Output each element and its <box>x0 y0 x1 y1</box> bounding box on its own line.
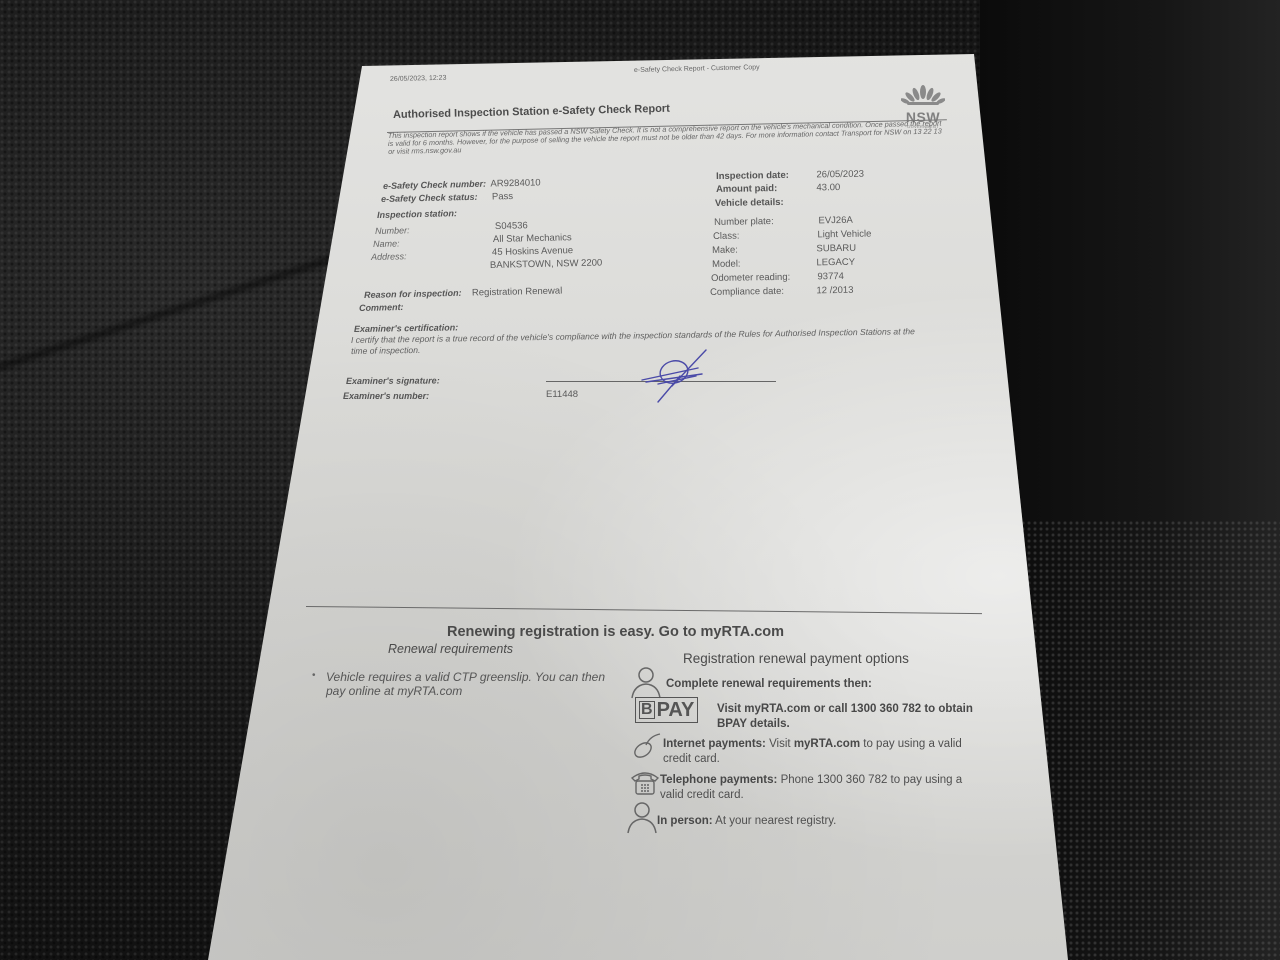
reason-row: Reason for inspection: Registration Rene… <box>364 281 563 303</box>
station-address-line2: BANKSTOWN, NSW 2200 <box>490 257 603 271</box>
station-address-label: Address: <box>371 251 407 262</box>
option-bold-text: Internet payments: <box>663 738 766 750</box>
option-telephone: Telephone payments: Phone 1300 360 782 t… <box>660 773 980 803</box>
option-link-text: myRTA.com <box>794 738 860 750</box>
option-bold-text: Visit myRTA.com or call 1300 360 782 to … <box>717 703 973 730</box>
check-status-row: e-Safety Check status: Pass <box>381 186 513 207</box>
person-icon <box>624 800 660 834</box>
bpay-b-glyph: B <box>639 701 655 719</box>
reason-value: Registration Renewal <box>472 286 563 299</box>
mouse-icon <box>632 732 662 760</box>
renewal-headline: Renewing registration is easy. Go to myR… <box>447 624 784 640</box>
option-bold-text: Telephone payments: <box>660 774 777 786</box>
waratah-icon <box>901 84 945 106</box>
option-internet: Internet payments: Visit myRTA.com to pa… <box>663 737 983 767</box>
vehicle-field-compliance: Compliance date: 12 /2013 <box>710 280 854 300</box>
amount-paid-label: Amount paid: <box>716 182 812 195</box>
copy-label: e-Safety Check Report - Customer Copy <box>634 64 760 74</box>
station-name-label: Name: <box>373 238 400 249</box>
vehicle-field-value: 12 /2013 <box>816 285 853 297</box>
examiner-number-value: E11448 <box>546 389 578 400</box>
check-status-label: e-Safety Check status: <box>381 192 478 204</box>
vehicle-field-label: Compliance date: <box>710 285 812 298</box>
examiner-signature <box>636 346 716 404</box>
examiner-number-label: Examiner's number: <box>343 391 429 401</box>
payment-options-heading: Registration renewal payment options <box>683 651 909 666</box>
amount-paid-value: 43.00 <box>816 182 840 193</box>
requirement-item: • Vehicle requires a valid CTP greenslip… <box>312 670 626 698</box>
bpay-logo: BPAY <box>635 697 698 723</box>
person-icon <box>628 665 664 699</box>
bpay-text: PAY <box>657 699 695 721</box>
option-in-person: In person: At your nearest registry. <box>657 814 836 829</box>
bullet-icon: • <box>312 670 316 681</box>
option-text: Visit <box>766 738 794 750</box>
telephone-icon <box>630 768 660 796</box>
vehicle-details-heading: Vehicle details: <box>715 197 784 209</box>
certification-heading: Examiner's certification: <box>354 322 458 334</box>
station-address-line1: 45 Hoskins Avenue <box>492 245 573 258</box>
option-bpay: Visit myRTA.com or call 1300 360 782 to … <box>717 702 987 732</box>
station-name-value: All Star Mechanics <box>493 232 572 245</box>
station-number-value: S04536 <box>495 220 528 232</box>
section-divider <box>306 606 982 614</box>
station-number-label: Number: <box>375 225 410 236</box>
station-heading: Inspection station: <box>377 208 457 220</box>
reason-label: Reason for inspection: <box>364 288 462 300</box>
option-bold-text: Complete renewal requirements then: <box>666 678 872 690</box>
check-status-value: Pass <box>492 191 513 202</box>
option-text: At your nearest registry. <box>713 815 837 827</box>
renewal-requirements-heading: Renewal requirements <box>388 642 513 656</box>
report-title: Authorised Inspection Station e-Safety C… <box>393 103 670 121</box>
comment-label: Comment: <box>359 302 404 313</box>
signature-label: Examiner's signature: <box>346 376 440 386</box>
print-timestamp: 26/05/2023, 12:23 <box>390 75 447 83</box>
amount-paid-row: Amount paid: 43.00 <box>716 177 841 197</box>
report-content: 26/05/2023, 12:23 e-Safety Check Report … <box>0 0 1280 960</box>
disclaimer-text: This inspection report shows if the vehi… <box>388 119 948 156</box>
requirement-text: Vehicle requires a valid CTP greenslip. … <box>326 670 626 698</box>
option-complete-requirements: Complete renewal requirements then: <box>666 677 872 692</box>
option-bold-text: In person: <box>657 815 713 827</box>
